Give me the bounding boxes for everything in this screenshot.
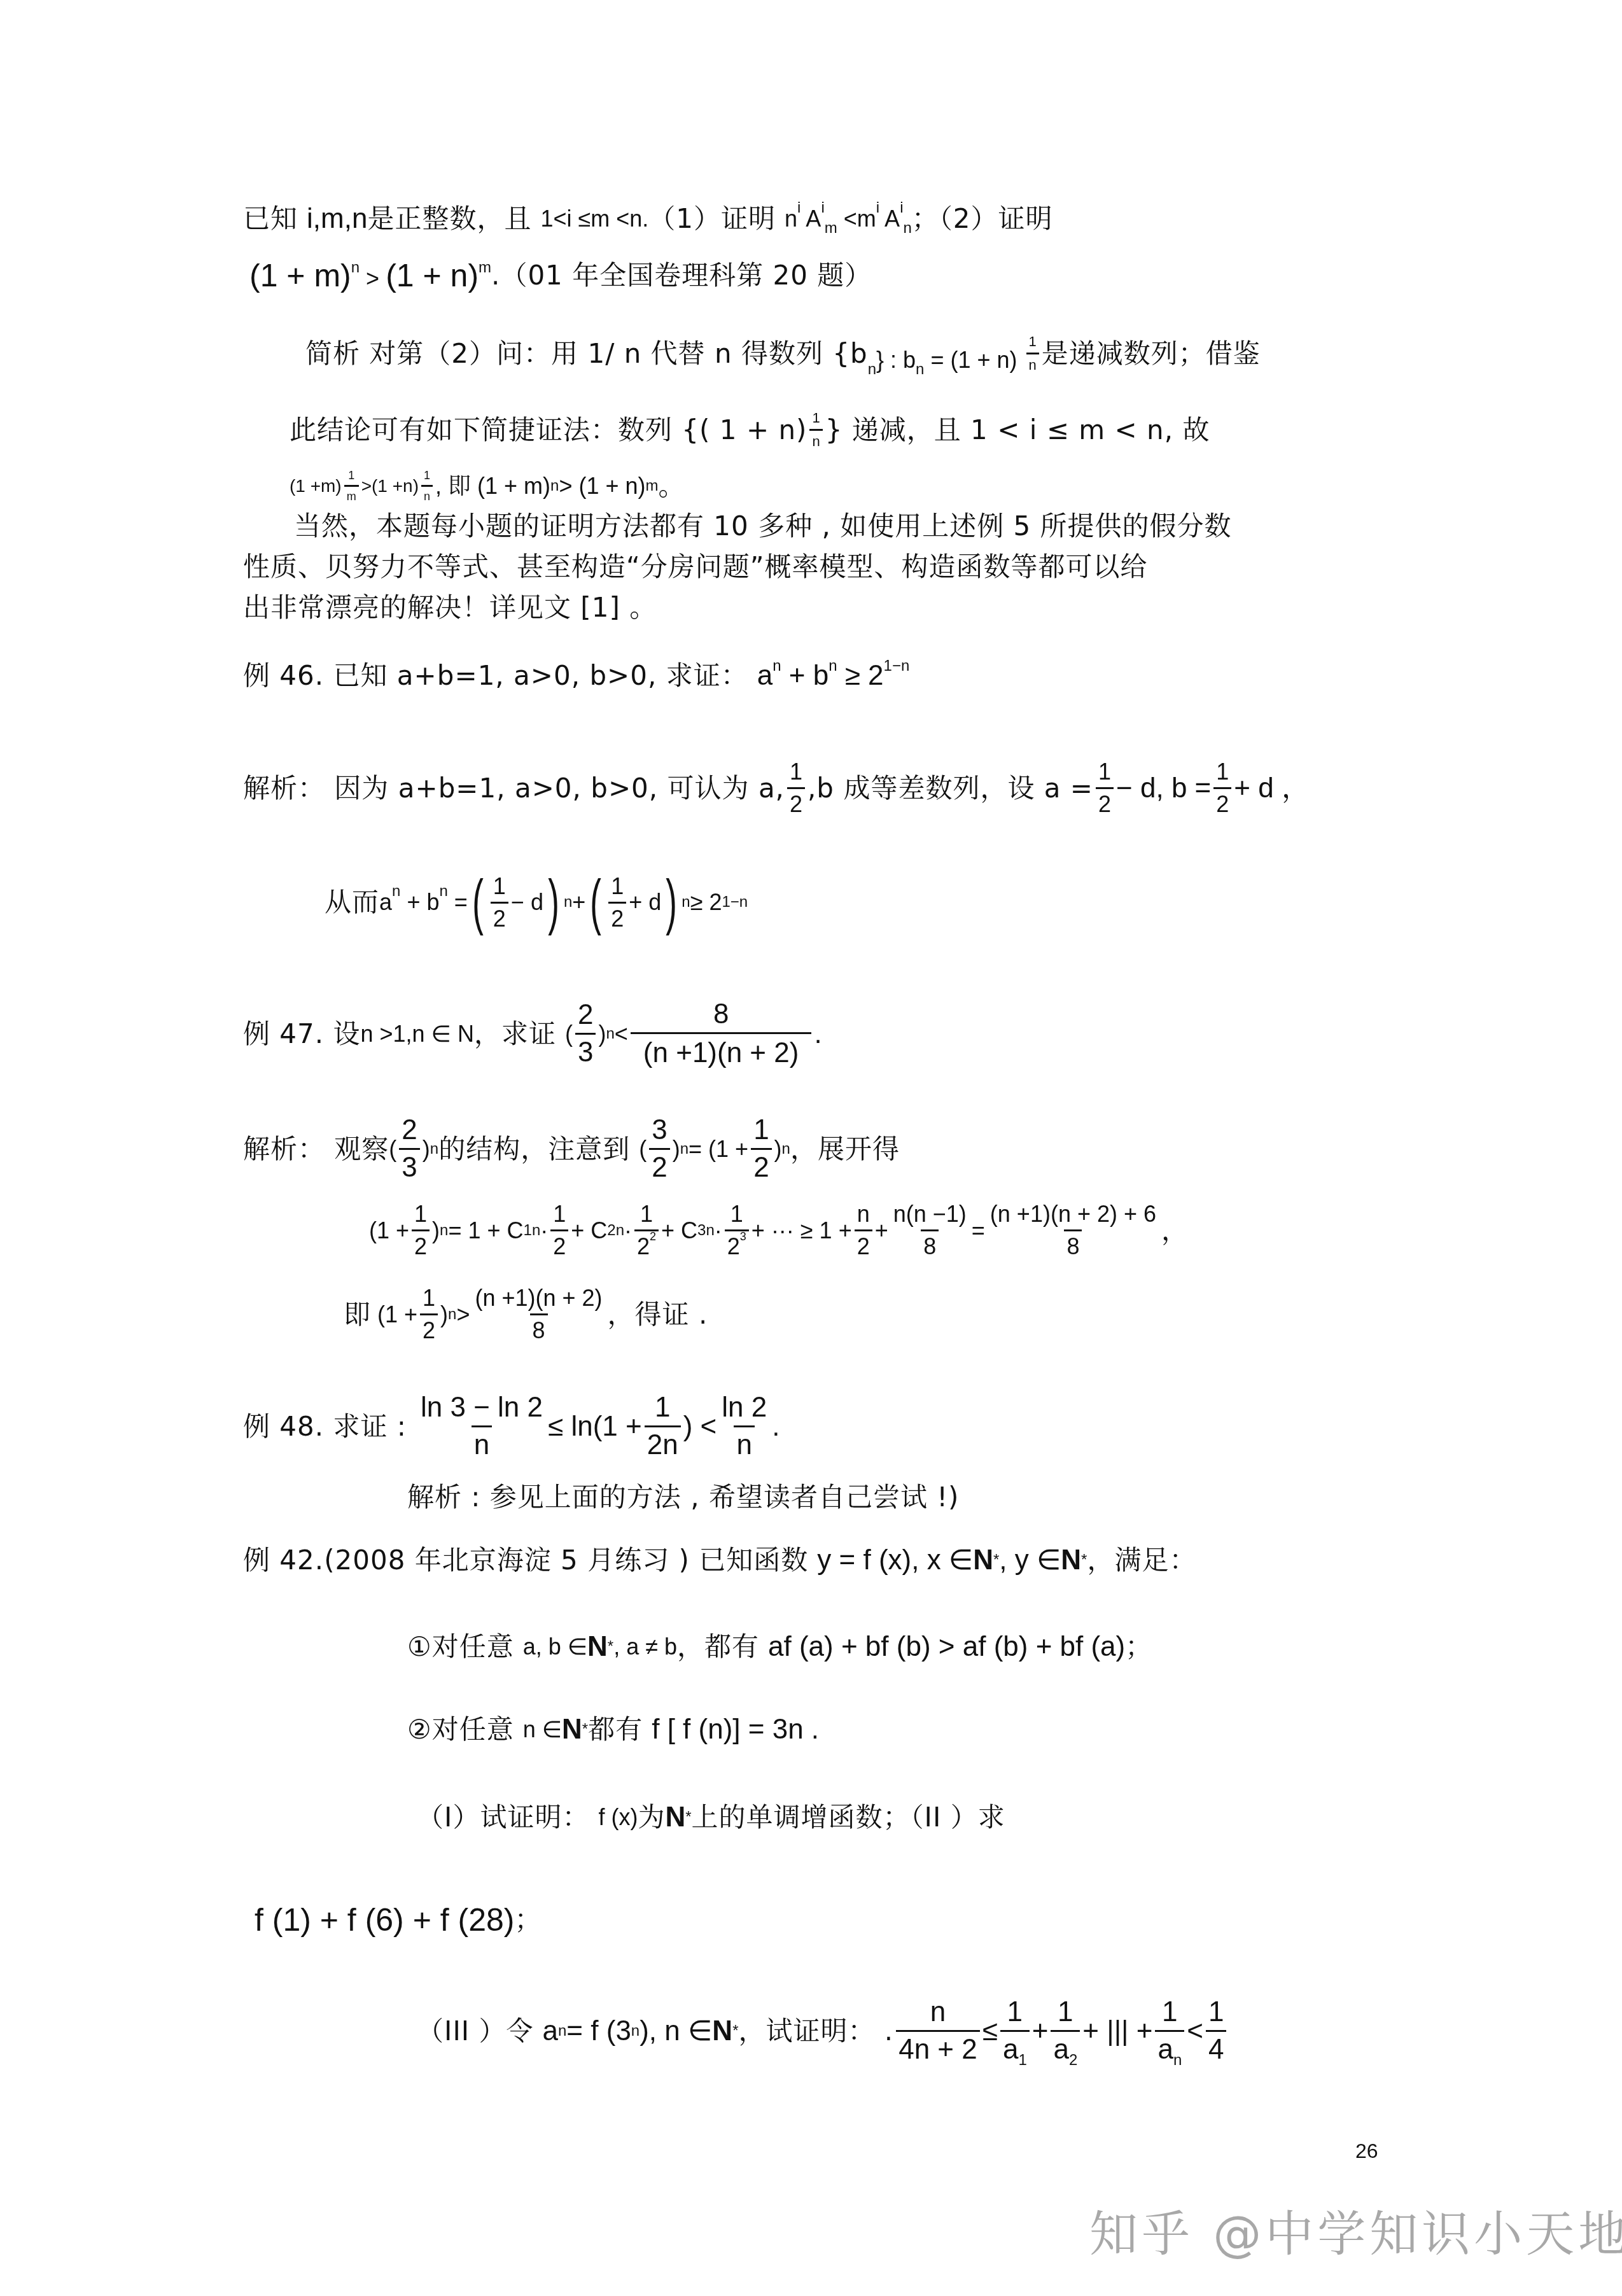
text: 都有	[588, 1716, 643, 1743]
exponent-fraction: 1n	[809, 411, 822, 449]
math-set-N: N	[562, 1716, 582, 1744]
math: n ∈	[523, 1718, 562, 1741]
text: 的结构，注意到	[438, 1136, 630, 1163]
text: ，展开得	[790, 1136, 900, 1163]
fraction: n4n + 2	[896, 1998, 980, 2064]
example-48-solution: 解析 : 参见上面的方法 , 希望读者自己尝试 !)	[407, 1484, 959, 1511]
math: ) <	[683, 1413, 717, 1441]
math: + ··· ≥ 1 +	[752, 1219, 852, 1242]
text: 解析： 观察	[243, 1136, 389, 1163]
math: +	[875, 1219, 888, 1242]
text: 已知	[243, 206, 298, 232]
math: +	[572, 891, 585, 914]
math: a, b ∈	[523, 1635, 587, 1658]
text: 是递减数列；借鉴	[1042, 340, 1261, 367]
example-42-condition-2: ②对任意 n ∈ N* 都有 f [ f (n)] = 3n .	[407, 1716, 819, 1744]
math-vars: i,m,n	[307, 205, 367, 233]
text: 简析 对第（2）问：用 1/ n 代替 n 得数列 {b	[305, 340, 868, 367]
example-heading: 例 42.(2008 年北京海淀 5 月练习 ) 已知函数	[243, 1547, 808, 1574]
fraction: 123	[725, 1203, 749, 1258]
text: ；	[514, 1907, 542, 1933]
math-expression: an + bn =	[379, 891, 468, 914]
text: ，求证	[474, 1021, 556, 1047]
watermark: 知乎 @中学知识小天地	[1089, 2195, 1622, 2265]
example-46-thus: 从而 an + bn = ( 12 − d )n + ( 12 + d )n ≥…	[325, 872, 748, 933]
example-42-condition-1: ①对任意 a, b ∈ N* , a ≠ b ，都有 af (a) + bf (…	[407, 1633, 1152, 1661]
math: <	[615, 1023, 628, 1046]
text: 从而	[325, 889, 379, 916]
remark-line-3: 出非常漂亮的解决！详见文 [1] 。	[243, 594, 657, 621]
text: ②对任意	[407, 1716, 514, 1743]
document-page: 已知 i,m,n 是正整数，且 1<i ≤m <n. （1）证明 ni Aim …	[0, 0, 1622, 2296]
math: =	[972, 1219, 985, 1242]
fraction: ln 3 − ln 2n	[418, 1394, 545, 1459]
fraction-half: 12	[412, 1203, 430, 1258]
fraction-half: 12	[1096, 760, 1114, 816]
math-condition: 1<i ≤m <n.	[540, 207, 648, 230]
fraction-three-halves: 32	[649, 1116, 669, 1182]
math: f (x)	[598, 1806, 638, 1829]
example-42-part-2: f (1) + f (6) + f (28) ；	[255, 1904, 542, 1936]
example-47-expansion: (1 + 12 )n = 1 + C1n · 12 + C2n · 122 + …	[369, 1203, 1189, 1258]
text: 当然，本题每小题的证明方法都有 10 多种 , 如使用上述例 5 所提供的假分数	[294, 513, 1232, 540]
math: + ||| +	[1082, 2017, 1152, 2045]
math: ), n ∈	[640, 2017, 712, 2045]
fraction-two-thirds: 23	[575, 1001, 596, 1067]
math: , 即 (1 + m)	[435, 475, 550, 498]
text: 上的单调增函数；（II ）求	[692, 1804, 1005, 1831]
text: （I）试证明：	[417, 1804, 589, 1831]
math: af (a) + bf (b) > af (b) + bf (a)	[768, 1633, 1125, 1661]
fraction-half: 12	[1213, 760, 1231, 816]
fraction: ln 2n	[719, 1394, 769, 1459]
text: ，都有	[677, 1634, 759, 1660]
text: ；	[1125, 1634, 1152, 1660]
math: ≤ ln(1 +	[548, 1413, 642, 1441]
text: ，试证明： .	[738, 2018, 893, 2045]
math: + d ，	[1234, 774, 1310, 802]
fraction-half: 12	[420, 1287, 438, 1342]
math: +	[1032, 2017, 1049, 2045]
fraction: (n +1)(n + 2) + 68	[988, 1203, 1159, 1258]
example-heading: 例 48. 求证 :	[243, 1413, 407, 1440]
source-text: .（01 年全国卷理科第 20 题）	[491, 262, 872, 289]
left-paren: (	[472, 872, 484, 933]
text: 即	[344, 1301, 371, 1328]
intro-problem-line-1: 已知 i,m,n 是正整数，且 1<i ≤m <n. （1）证明 ni Aim …	[243, 205, 1053, 233]
fraction-two-thirds: 23	[399, 1116, 419, 1182]
fraction-half: 12	[787, 760, 805, 816]
fraction-half: 12	[608, 875, 626, 930]
math-expression: an + bn ≥ 21−n	[757, 662, 910, 690]
fraction-rhs: 8 (n +1)(n + 2)	[631, 1000, 812, 1067]
math-set-N: N	[712, 2017, 732, 2045]
math: + d	[629, 891, 661, 914]
example-48-title: 例 48. 求证 : ln 3 − ln 2n ≤ ln(1 + 12n ) <…	[243, 1394, 780, 1459]
example-42-part-1: （I）试证明： f (x) 为 N* 上的单调增函数；（II ）求	[417, 1803, 1005, 1831]
fraction: 1a1	[1000, 1998, 1030, 2064]
example-46-title: 例 46. 已知 a+b=1, a>0, b>0, 求证： an + bn ≥ …	[243, 662, 909, 690]
text: （1）证明	[648, 206, 776, 232]
math-expression: (1 + m)n > (1 + n)m	[249, 260, 491, 291]
math: >	[456, 1303, 470, 1326]
text: 是正整数，且	[367, 206, 531, 232]
fraction: 1an	[1155, 1998, 1184, 2064]
brief-analysis-line-1: 简析 对第（2）问：用 1/ n 代替 n 得数列 {b n} : bn = (…	[305, 335, 1261, 372]
right-paren: )	[666, 872, 678, 933]
intro-problem-line-2: (1 + m)n > (1 + n)m .（01 年全国卷理科第 20 题）	[249, 260, 872, 291]
fraction: 122	[634, 1203, 659, 1258]
math-expression: n} : bn = (1 + n) 1n	[868, 335, 1042, 372]
text: （III ）令	[417, 2018, 534, 2045]
text: ；（2）证明	[912, 206, 1053, 232]
math: = 1 + C	[448, 1219, 523, 1242]
text: ，得证 .	[608, 1301, 708, 1328]
exponent-fraction: 1m	[344, 470, 359, 502]
example-heading: 例 47. 设	[243, 1021, 361, 1047]
text: 性质、贝努力不等式、甚至构造“分房问题”概率模型、构造函数等都可以给	[243, 554, 1148, 580]
fraction: 1a2	[1051, 1998, 1080, 2064]
right-paren: )	[548, 872, 559, 933]
text: 为	[638, 1804, 665, 1831]
text: ，满足：	[1087, 1547, 1196, 1574]
text: ①对任意	[407, 1634, 514, 1660]
fraction: 14	[1206, 1998, 1226, 2064]
fraction: (n +1)(n + 2)8	[472, 1287, 605, 1342]
text: 出非常漂亮的解决！详见文 [1] 。	[243, 594, 657, 621]
example-42-title: 例 42.(2008 年北京海淀 5 月练习 ) 已知函数 y = f (x),…	[243, 1546, 1196, 1574]
math: .	[772, 1413, 780, 1441]
math: − d	[511, 891, 543, 914]
brief-analysis-line-3: (1 +m) 1m >(1 +n) 1n , 即 (1 + m)n > (1 +…	[290, 470, 685, 502]
brief-analysis-line-2: 此结论可有如下简捷证法：数列 {( 1 + n) 1n } 递减，且 1 < i…	[290, 411, 1210, 449]
fraction-half: 12	[491, 875, 508, 930]
example-47-conclusion: 即 (1 + 12 )n > (n +1)(n + 2)8 ，得证 .	[344, 1287, 708, 1342]
text: 解析 : 参见上面的方法 , 希望读者自己尝试 !)	[407, 1484, 959, 1511]
math: .	[814, 1020, 821, 1048]
math: , y ∈	[999, 1546, 1061, 1574]
text: ，	[1161, 1217, 1189, 1244]
math: f (1) + f (6) + f (28)	[255, 1904, 514, 1936]
exponent-fraction: 1n	[421, 470, 433, 502]
remark-line-2: 性质、贝努力不等式、甚至构造“分房问题”概率模型、构造函数等都可以给	[243, 554, 1148, 580]
math: y = f (x), x ∈	[817, 1546, 973, 1574]
text: } 递减，且 1 < i ≤ m < n, 故	[825, 417, 1210, 444]
fraction: 12n	[645, 1394, 681, 1459]
math: , a ≠ b	[613, 1635, 677, 1658]
example-47-solution: 解析： 观察 ( 23 )n 的结构，注意到 ( 32 )n = (1 + 12…	[243, 1116, 900, 1182]
math-condition: n >1,n ∈ N	[361, 1023, 474, 1046]
math: (1 +m)	[290, 477, 342, 495]
fraction: n2	[855, 1203, 872, 1258]
math: − d, b =	[1116, 774, 1211, 802]
text: 。	[658, 473, 685, 500]
math: = (1 +	[689, 1138, 748, 1161]
example-47-title: 例 47. 设 n >1,n ∈ N ，求证 ( 23 )n < 8 (n +1…	[243, 1000, 822, 1067]
text: 解析： 因为 a+b=1, a>0, b>0, 可认为 a,	[243, 775, 785, 802]
math: = f (3	[566, 2017, 631, 2045]
left-paren: (	[590, 872, 601, 933]
math-set-N: N	[587, 1633, 608, 1661]
example-46-solution: 解析： 因为 a+b=1, a>0, b>0, 可认为 a, 12 ,b 成等差…	[243, 760, 1310, 816]
math-set-N: N	[665, 1803, 685, 1831]
math: + C	[661, 1219, 697, 1242]
text: ,b 成等差数列，设 a =	[808, 775, 1093, 802]
example-42-part-3: （III ）令 an = f (3n ), n ∈ N* ，试证明： . n4n…	[417, 1998, 1229, 2064]
math: ≥ 2	[690, 891, 722, 914]
page-number: 26	[1355, 2139, 1378, 2163]
math: (1 +	[369, 1219, 409, 1242]
fraction: 12	[550, 1203, 568, 1258]
fraction-half: 12	[751, 1116, 771, 1182]
math: a	[543, 2017, 558, 2045]
math: <	[1187, 2017, 1203, 2045]
math: > (1 + n)	[559, 475, 645, 498]
math: + C	[571, 1219, 607, 1242]
math-set-N: N	[973, 1546, 993, 1574]
example-heading: 例 46. 已知 a+b=1, a>0, b>0, 求证：	[243, 662, 748, 689]
remark-line-1: 当然，本题每小题的证明方法都有 10 多种 , 如使用上述例 5 所提供的假分数	[294, 513, 1232, 540]
math: f [ f (n)] = 3n .	[652, 1716, 819, 1744]
math-set-N: N	[1061, 1546, 1081, 1574]
fraction: n(n −1)8	[891, 1203, 969, 1258]
math-expression: ni Aim <mi Ain	[785, 207, 912, 230]
math: ≤	[982, 2017, 998, 2045]
text: 此结论可有如下简捷证法：数列 {( 1 + n)	[290, 417, 807, 444]
math: >(1 +n)	[361, 477, 419, 495]
